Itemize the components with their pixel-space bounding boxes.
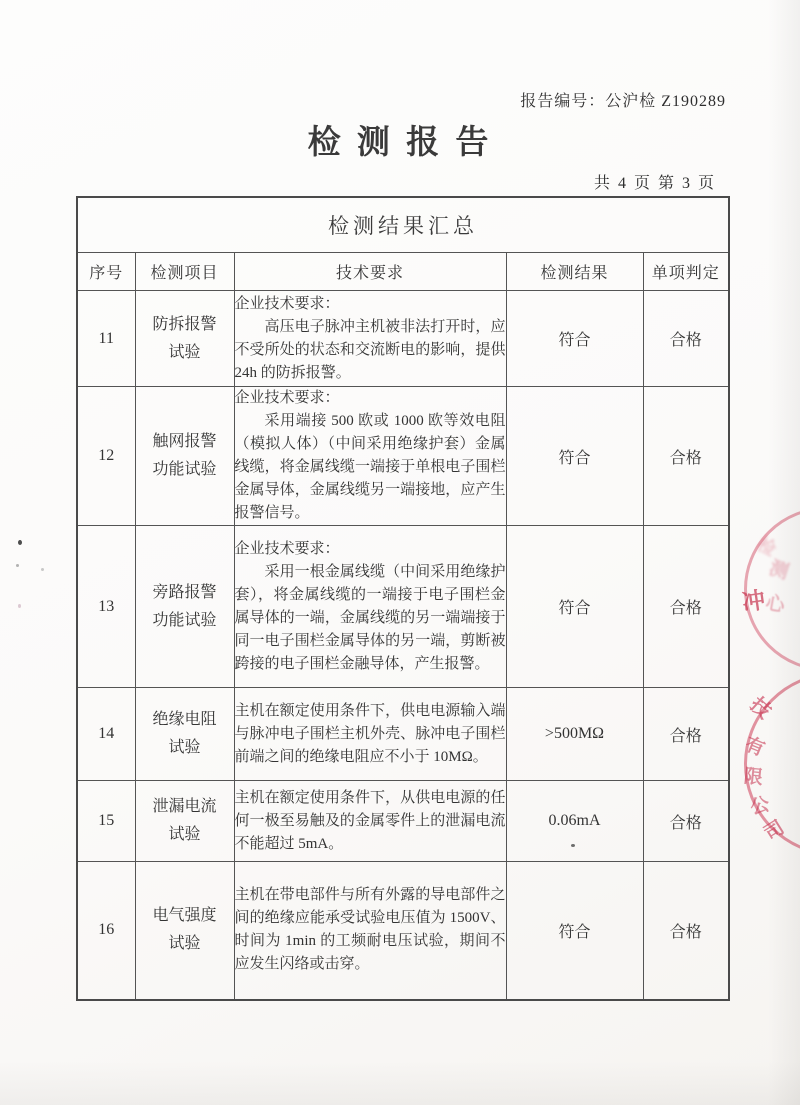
requirement-body: 采用端接 500 欧或 1000 欧等效电阻（模拟人体）（中间采用绝缘护套）金属… [235,410,506,525]
test-item-label: 防拆报警试验 [153,311,217,367]
row-no: 13 [77,526,135,688]
seal-character: 技 [745,689,779,724]
seal-character: 限 [743,761,765,790]
report-number: 报告编号：公沪检 Z190289 [520,88,726,111]
test-result: 符合 [506,862,643,1000]
requirement-body: 采用一根金属线缆（中间采用绝缘护套），将金属线缆的一端接于电子围栏金属导体的一端… [235,561,506,676]
requirement-body: 主机在额定使用条件下，供电电源输入端与脉冲电子围栏主机外壳、脉冲电子围栏前端之间… [235,700,506,769]
column-header-verdict: 单项判定 [643,253,729,291]
test-result: 符合 [506,526,643,688]
test-item-name: 电气强度试验 [135,862,234,1000]
requirement-body: 主机在带电部件与所有外露的导电部件之间的绝缘应能承受试验电压值为 1500V、时… [235,884,506,976]
requirement-body: 主机在额定使用条件下，从供电电源的任何一极至易触及的金属零件上的泄漏电流不能超过… [235,787,506,856]
scan-speck [41,568,44,571]
scan-speck [16,564,19,567]
row-no: 14 [77,688,135,781]
item-verdict: 合格 [643,688,729,781]
test-item-name: 旁路报警功能试验 [135,526,234,688]
table-row: 11 防拆报警试验 企业技术要求： 高压电子脉冲主机被非法打开时，应不受所处的状… [77,291,729,387]
item-verdict: 合格 [643,526,729,688]
table-row: 13 旁路报警功能试验 企业技术要求： 采用一根金属线缆（中间采用绝缘护套），将… [77,526,729,688]
test-item-label: 触网报警功能试验 [153,428,217,484]
table-row: 16 电气强度试验 主机在带电部件与所有外露的导电部件之间的绝缘应能承受试验电压… [77,862,729,1000]
item-verdict: 合格 [643,387,729,526]
item-verdict: 合格 [643,862,729,1000]
column-header-result: 检测结果 [506,253,643,291]
requirement-body: 高压电子脉冲主机被非法打开时，应不受所处的状态和交流断电的影响，提供 24h 的… [235,316,506,385]
test-item-name: 绝缘电阻试验 [135,688,234,781]
seal-character: 有 [742,729,770,761]
results-summary-table: 检测结果汇总 序号 检测项目 技术要求 检测结果 单项判定 11 防拆报警试验 … [76,196,730,1001]
technical-requirement: 企业技术要求： 高压电子脉冲主机被非法打开时，应不受所处的状态和交流断电的影响，… [234,291,506,387]
red-seal-stamp-upper: 检 测 冲 心 [744,507,800,667]
item-verdict: 合格 [643,781,729,862]
test-item-name: 泄漏电流试验 [135,781,234,862]
test-item-label: 泄漏电流试验 [153,793,217,849]
table-header-row: 序号 检测项目 技术要求 检测结果 单项判定 [77,253,729,291]
table-row: 14 绝缘电阻试验 主机在额定使用条件下，供电电源输入端与脉冲电子围栏主机外壳、… [77,688,729,781]
row-no: 11 [77,291,135,387]
column-header-no: 序号 [77,253,135,291]
test-result: 符合 [506,387,643,526]
seal-character: 测 [766,553,792,585]
test-item-name: 触网报警功能试验 [135,387,234,526]
scan-speck [18,540,22,545]
test-result: 0.06mA [506,781,643,862]
red-seal-stamp-lower: 技 有 限 公 司 [744,672,800,856]
row-no: 16 [77,862,135,1000]
seal-character: 冲 [740,582,767,618]
item-verdict: 合格 [643,291,729,387]
scan-speck [18,604,21,608]
seal-character: 心 [764,588,787,618]
test-item-label: 电气强度试验 [153,902,217,958]
technical-requirement: 企业技术要求： 采用端接 500 欧或 1000 欧等效电阻（模拟人体）（中间采… [234,387,506,526]
test-item-label: 绝缘电阻试验 [153,706,217,762]
requirement-heading: 企业技术要求： [235,538,506,561]
seal-ring-icon [744,507,800,671]
test-item-name: 防拆报警试验 [135,291,234,387]
technical-requirement: 企业技术要求： 采用一根金属线缆（中间采用绝缘护套），将金属线缆的一端接于电子围… [234,526,506,688]
table-title: 检测结果汇总 [77,197,729,253]
scanned-report-page: 报告编号：公沪检 Z190289 检 测 报 告 共 4 页 第 3 页 检测结… [0,0,800,1105]
row-no: 15 [77,781,135,862]
page-title: 检 测 报 告 [0,116,800,163]
column-header-item: 检测项目 [135,253,234,291]
test-item-label: 旁路报警功能试验 [153,579,217,635]
seal-ring-icon [744,672,800,856]
requirement-heading: 企业技术要求： [235,387,506,410]
seal-character: 司 [758,813,788,846]
page-count-indicator: 共 4 页 第 3 页 [594,170,716,193]
row-no: 12 [77,387,135,526]
technical-requirement: 主机在额定使用条件下，从供电电源的任何一极至易触及的金属零件上的泄漏电流不能超过… [234,781,506,862]
technical-requirement: 主机在额定使用条件下，供电电源输入端与脉冲电子围栏主机外壳、脉冲电子围栏前端之间… [234,688,506,781]
seal-character: 检 [753,530,781,561]
test-result: 符合 [506,291,643,387]
technical-requirement: 主机在带电部件与所有外露的导电部件之间的绝缘应能承受试验电压值为 1500V、时… [234,862,506,1000]
test-result: >500MΩ [506,688,643,781]
column-header-requirement: 技术要求 [234,253,506,291]
test-result-value: 0.06mA [549,812,601,829]
seal-character: 公 [747,789,772,820]
table-row: 15 泄漏电流试验 主机在额定使用条件下，从供电电源的任何一极至易触及的金属零件… [77,781,729,862]
scan-artifact-dot [571,844,575,847]
table-row: 12 触网报警功能试验 企业技术要求： 采用端接 500 欧或 1000 欧等效… [77,387,729,526]
requirement-heading: 企业技术要求： [235,293,506,316]
